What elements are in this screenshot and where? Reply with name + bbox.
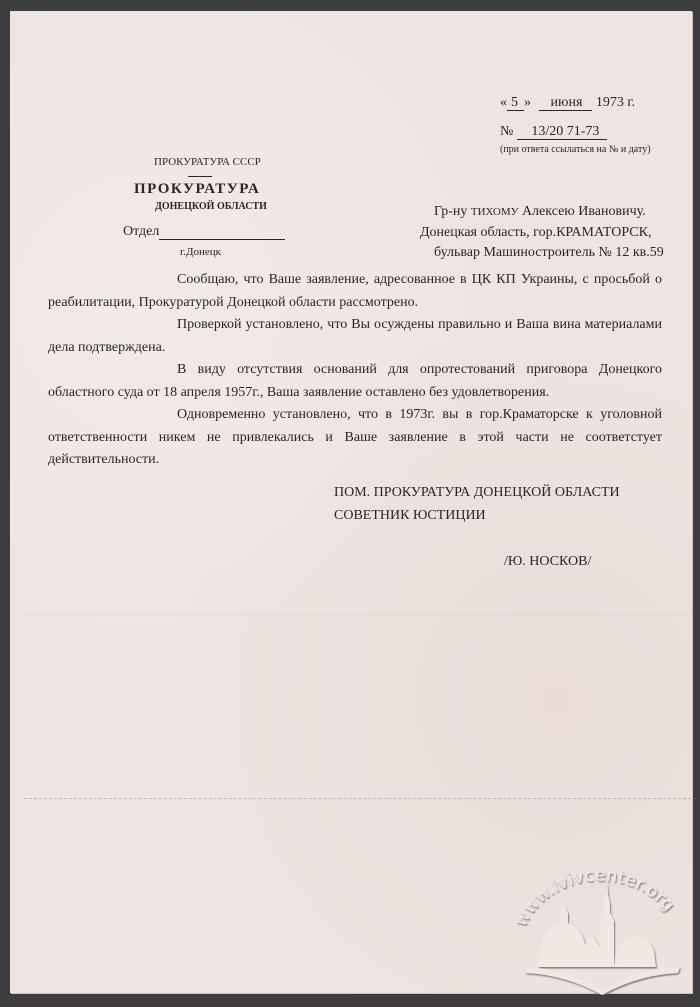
signatory-position: ПОМ. ПРОКУРАТУРА ДОНЕЦКОЙ ОБЛАСТИ (334, 485, 620, 501)
faint-trace-line (24, 798, 696, 799)
department-label: Отдел (123, 224, 159, 240)
date-close-quote: » (524, 95, 531, 110)
document-date: «5» июня 1973 г. (500, 95, 635, 111)
document-page: «5» июня 1973 г. №13/20 71-73 (при ответ… (10, 11, 692, 993)
faint-trace-line (24, 614, 696, 615)
body-paragraph: Одновременно установлено, что в 1973г. в… (48, 404, 662, 472)
org-subtitle: ДОНЕЦКОЙ ОБЛАСТИ (155, 201, 267, 212)
reference-hint: (при ответа ссылаться на № и дату) (500, 144, 651, 155)
org-top: ПРОКУРАТУРА СССР (154, 156, 261, 168)
date-month: июня (539, 96, 593, 111)
number-value: 13/20 71-73 (517, 125, 607, 140)
addressee-name: Гр-ну ТИХОМУ Алексею Ивановичу. (434, 204, 646, 220)
body-paragraph: В виду отсутствия оснований для опротест… (48, 359, 662, 404)
date-day: 5 (507, 96, 524, 111)
number-label: № (500, 124, 513, 139)
watermark-text: www.lvivcenter.org (511, 866, 678, 930)
body-paragraph: Сообщаю, что Ваше заявление, адресованно… (48, 269, 662, 314)
divider (188, 176, 212, 177)
addressee-given-names: Алексею Ивановичу. (522, 204, 646, 219)
addressee-surname: ТИХОМУ (471, 206, 519, 218)
body-paragraph: Проверкой установлено, что Вы осуждены п… (48, 314, 662, 359)
department-blank-line (159, 239, 285, 240)
org-main-title: ПРОКУРАТУРА (134, 181, 260, 198)
date-open-quote: « (500, 95, 507, 110)
date-year: 1973 г. (596, 95, 635, 110)
addressee-region: Донецкая область, гор.КРАМАТОРСК, (420, 225, 651, 241)
letter-body: Сообщаю, что Ваше заявление, адресованно… (48, 269, 662, 472)
watermark: www.lvivcenter.org (510, 855, 690, 995)
addressee-prefix: Гр-ну (434, 204, 467, 219)
svg-text:www.lvivcenter.org: www.lvivcenter.org (511, 866, 678, 930)
document-number: №13/20 71-73 (500, 124, 607, 140)
signatory-name: /Ю. НОСКОВ/ (504, 554, 591, 570)
city-skyline-logo-icon: www.lvivcenter.org (510, 855, 690, 995)
city: г.Донецк (180, 246, 221, 258)
addressee-street: бульвар Машиностроитель № 12 кв.59 (434, 245, 664, 261)
signatory-rank: СОВЕТНИК ЮСТИЦИИ (334, 508, 486, 524)
